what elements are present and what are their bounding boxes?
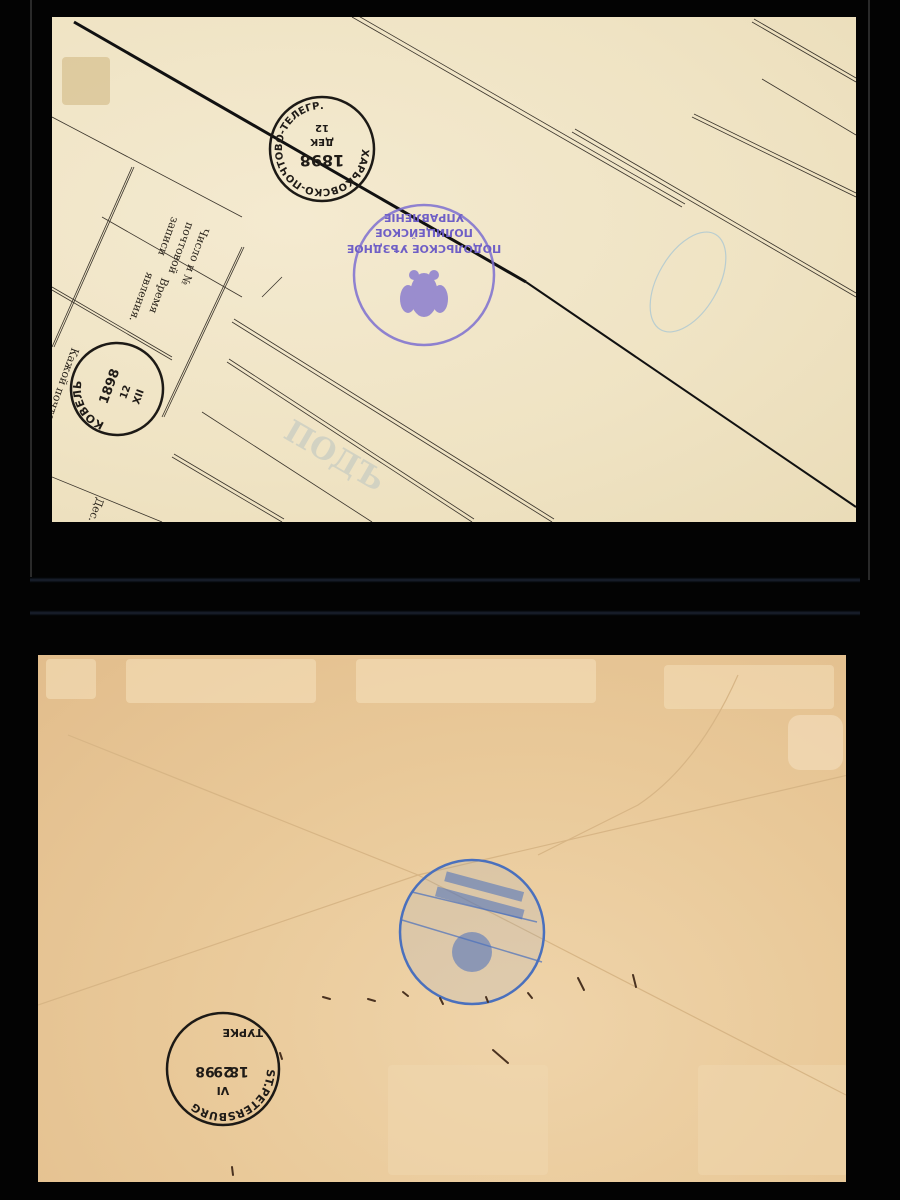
svg-text:1898: 1898 bbox=[97, 367, 123, 406]
svg-text:ПОДОЛЬСКОЕ УѢЗДНОЕ: ПОДОЛЬСКОЕ УѢЗДНОЕ bbox=[347, 242, 501, 255]
svg-text:ПОЛИЦЕЙСКОЕ: ПОЛИЦЕЙСКОЕ bbox=[375, 226, 473, 239]
svg-text:12: 12 bbox=[315, 122, 329, 133]
svg-text:ПОДЪ: ПОДЪ bbox=[278, 414, 391, 499]
form-label: Дес. bbox=[86, 496, 107, 522]
svg-text:1898: 1898 bbox=[300, 151, 345, 170]
album-frame-right bbox=[868, 0, 870, 580]
blue-seal bbox=[400, 860, 544, 1004]
cover-bottom-artwork: ST.PETERSBURG ТУРКЕ 18 29 98 VI bbox=[38, 655, 846, 1182]
cover-top-artwork: Число и № почтовой записи Время явления.… bbox=[52, 17, 856, 522]
svg-text:УПРАВЛЕНІЕ: УПРАВЛЕНІЕ bbox=[384, 211, 464, 224]
album-frame-left bbox=[30, 0, 32, 580]
svg-text:VI: VI bbox=[217, 1084, 230, 1097]
svg-text:XII: XII bbox=[131, 388, 147, 406]
cover-bottom: ST.PETERSBURG ТУРКЕ 18 29 98 VI bbox=[38, 655, 846, 1182]
svg-text:12: 12 bbox=[118, 384, 133, 401]
album-strip-upper bbox=[30, 577, 860, 583]
album-strip-lower bbox=[30, 610, 860, 616]
svg-text:29: 29 bbox=[213, 1063, 232, 1079]
svg-text:ТУРКЕ: ТУРКЕ bbox=[222, 1026, 263, 1039]
svg-text:ХАРЬКОВСКО-ПОЧТОВО-ТЕЛЕГР.: ХАРЬКОВСКО-ПОЧТОВО-ТЕЛЕГР. bbox=[274, 101, 370, 197]
postmark-kharkov: ХАРЬКОВСКО-ПОЧТОВО-ТЕЛЕГР. 1898 ДЕК 12 bbox=[270, 97, 374, 201]
svg-text:98: 98 bbox=[195, 1063, 214, 1079]
double-headed-eagle-icon bbox=[400, 270, 448, 317]
cover-top: Число и № почтовой записи Время явления.… bbox=[52, 17, 856, 522]
police-seal: ПОДОЛЬСКОЕ УѢЗДНОЕ ПОЛИЦЕЙСКОЕ УПРАВЛЕНІ… bbox=[347, 205, 501, 345]
postmark-st-petersburg: ST.PETERSBURG ТУРКЕ 18 29 98 VI bbox=[167, 1013, 279, 1125]
svg-text:ДЕК: ДЕК bbox=[309, 136, 334, 147]
